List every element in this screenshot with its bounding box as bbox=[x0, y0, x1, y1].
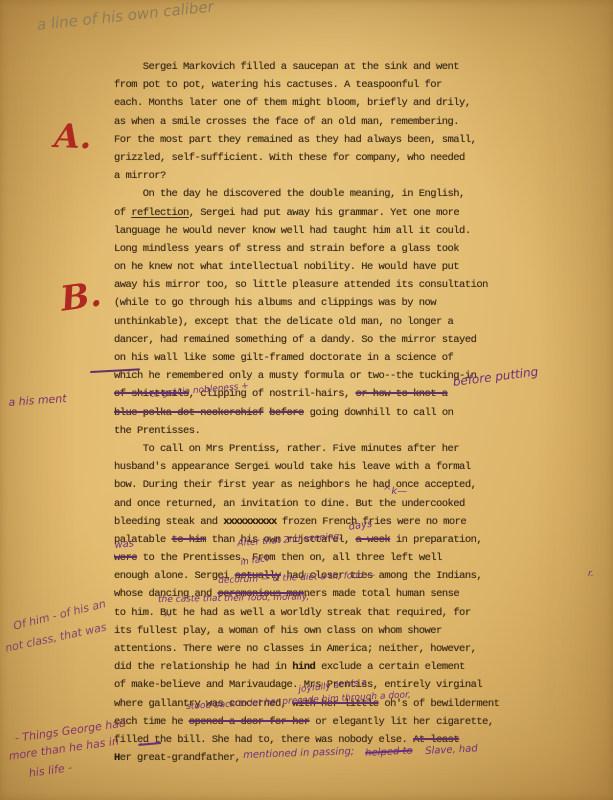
typed-segment: To call on Mrs Prentiss, rather. Five mi… bbox=[114, 443, 459, 455]
typed-segment: exclude a certain element bbox=[315, 661, 465, 673]
typed-segment: On the day he discovered the double mean… bbox=[114, 188, 465, 200]
typed-segment-st: or how to knot a bbox=[356, 388, 448, 400]
typed-segment: did the relationship he had in bbox=[114, 661, 292, 673]
typed-segment: bow. During their first year as neighbor… bbox=[114, 479, 476, 491]
typed-segment: the Prentisses. bbox=[114, 425, 200, 437]
typed-line: For the most part they remained as they … bbox=[114, 131, 594, 149]
typed-segment: in preparation, bbox=[390, 534, 482, 546]
typed-segment: or elegantly lit her cigarette, bbox=[310, 716, 494, 728]
typed-line: each. Months later one of them might blo… bbox=[114, 94, 594, 112]
typed-segment: to the Prentisses. From then on, all thr… bbox=[137, 552, 442, 564]
typed-segment: a mirror? bbox=[114, 170, 166, 182]
typed-text-block: Sergei Markovich filled a saucepan at th… bbox=[114, 58, 594, 767]
typed-line: on he knew not what intellectual nobilit… bbox=[114, 258, 594, 276]
typed-segment: language he would never know well had ta… bbox=[114, 225, 471, 237]
typed-segment: enough alone. Sergei bbox=[114, 570, 235, 582]
typed-segment-b: hind bbox=[292, 661, 315, 673]
typed-segment-st: were bbox=[114, 552, 137, 564]
typed-segment: of bbox=[114, 207, 131, 219]
typed-line: its fullest play, a woman of his own cla… bbox=[114, 622, 594, 640]
margin-letter-b: B. bbox=[58, 274, 104, 319]
typed-segment-st: a week bbox=[356, 534, 391, 546]
typed-line: the Prentisses. bbox=[114, 422, 594, 440]
typed-segment-u: reflection bbox=[131, 207, 189, 219]
typed-segment: each. Months later one of them might blo… bbox=[114, 97, 471, 109]
manuscript-page: Sergei Markovich filled a saucepan at th… bbox=[0, 0, 613, 800]
typed-line: blue polka-dot neckerchief before going … bbox=[114, 404, 594, 422]
scribble-over-her: ~~~ bbox=[138, 738, 161, 750]
typed-segment: Sergei Markovich filled a saucepan at th… bbox=[114, 61, 459, 73]
typed-line: Long mindless years of stress and strain… bbox=[114, 240, 594, 258]
typed-line: bow. During their first year as neighbor… bbox=[114, 476, 594, 494]
typed-segment-st: to him bbox=[172, 534, 207, 546]
typed-line: a mirror? bbox=[114, 167, 594, 185]
typed-segment: Long mindless years of stress and strain… bbox=[114, 243, 459, 255]
typed-segment: on his wall like some gilt-framed doctor… bbox=[114, 352, 453, 364]
typed-segment: attentions. There were no classes in Ame… bbox=[114, 643, 476, 655]
insert-caret-but: ^k— bbox=[383, 486, 407, 497]
typed-line: To call on Mrs Prentiss, rather. Five mi… bbox=[114, 440, 594, 458]
caret-to-him: ^ bbox=[163, 613, 171, 624]
typed-line: on his wall like some gilt-framed doctor… bbox=[114, 349, 594, 367]
typed-segment: as when a smile crosses the face of an o… bbox=[114, 116, 459, 128]
typed-segment: unthinkable), except that the delicate o… bbox=[114, 316, 453, 328]
typed-segment-x: xxxxxxxxxx bbox=[223, 516, 276, 528]
typed-segment: husband's appearance Sergei would take h… bbox=[114, 461, 471, 473]
typed-line: to him. But he had as well a worldly str… bbox=[114, 604, 594, 622]
typed-line: and once returned, an invitation to dine… bbox=[114, 495, 594, 513]
typed-segment: , Sergei had put away his grammar. Yet o… bbox=[189, 207, 459, 219]
typed-line: away his mirror too, so little pleasure … bbox=[114, 276, 594, 294]
typed-line: as when a smile crosses the face of an o… bbox=[114, 113, 594, 131]
typed-line: did the relationship he had in hind excl… bbox=[114, 658, 594, 676]
typed-segment: which he remembered only a musty formula… bbox=[114, 370, 476, 382]
typed-line: unthinkable), except that the delicate o… bbox=[114, 313, 594, 331]
typed-segment: (while to go through his albums and clip… bbox=[114, 297, 436, 309]
typed-segment: bleeding steak and bbox=[114, 516, 223, 528]
typed-segment-st: blue polka-dot neckerchief bbox=[114, 407, 264, 419]
insert-was: was bbox=[114, 538, 134, 551]
typed-line: palatable to him than his own rijsttafel… bbox=[114, 531, 594, 549]
typed-line: husband's appearance Sergei would take h… bbox=[114, 458, 594, 476]
typed-segment: on he knew not what intellectual nobilit… bbox=[114, 261, 459, 273]
typed-segment: and once returned, an invitation to dine… bbox=[114, 498, 465, 510]
typed-line: of reflection, Sergei had put away his g… bbox=[114, 204, 594, 222]
typed-segment: For the most part they remained as they … bbox=[114, 134, 476, 146]
typed-segment: grizzled, self-sufficient. With these fo… bbox=[114, 152, 465, 164]
stray-pen-mark: r. bbox=[588, 569, 594, 579]
typed-segment: its fullest play, a woman of his own cla… bbox=[114, 625, 442, 637]
typed-segment: er great-grandfather, bbox=[120, 752, 241, 764]
typed-line: each time he opened a door for her or el… bbox=[114, 713, 594, 731]
typed-line: dancer, had remained something of a dand… bbox=[114, 331, 594, 349]
typed-segment: going downhill to call on bbox=[304, 407, 454, 419]
margin-note-george-3: his life - bbox=[28, 761, 73, 780]
typed-line: grizzled, self-sufficient. With these fo… bbox=[114, 149, 594, 167]
typed-segment: from pot to pot, watering his cactuses. … bbox=[114, 79, 442, 91]
typed-line: attentions. There were no classes in Ame… bbox=[114, 640, 594, 658]
pencil-note-top: a line of his own caliber bbox=[36, 0, 215, 34]
typed-line: were to the Prentisses. From then on, al… bbox=[114, 549, 594, 567]
margin-scribble-blue: a his ment bbox=[8, 392, 67, 409]
typed-line: On the day he discovered the double mean… bbox=[114, 185, 594, 203]
typed-line: language he would never know well had ta… bbox=[114, 222, 594, 240]
typed-line: from pot to pot, watering his cactuses. … bbox=[114, 76, 594, 94]
typed-segment: ners made total human sense bbox=[304, 588, 459, 600]
margin-letter-a: A. bbox=[54, 116, 92, 156]
typed-segment: dancer, had remained something of a dand… bbox=[114, 334, 476, 346]
typed-segment-st: before bbox=[269, 407, 304, 419]
typed-line: Sergei Markovich filled a saucepan at th… bbox=[114, 58, 594, 76]
typed-line: (while to go through his albums and clip… bbox=[114, 294, 594, 312]
typed-segment: away his mirror too, so little pleasure … bbox=[114, 279, 488, 291]
typed-segment-st: opened a door for her bbox=[189, 716, 310, 728]
